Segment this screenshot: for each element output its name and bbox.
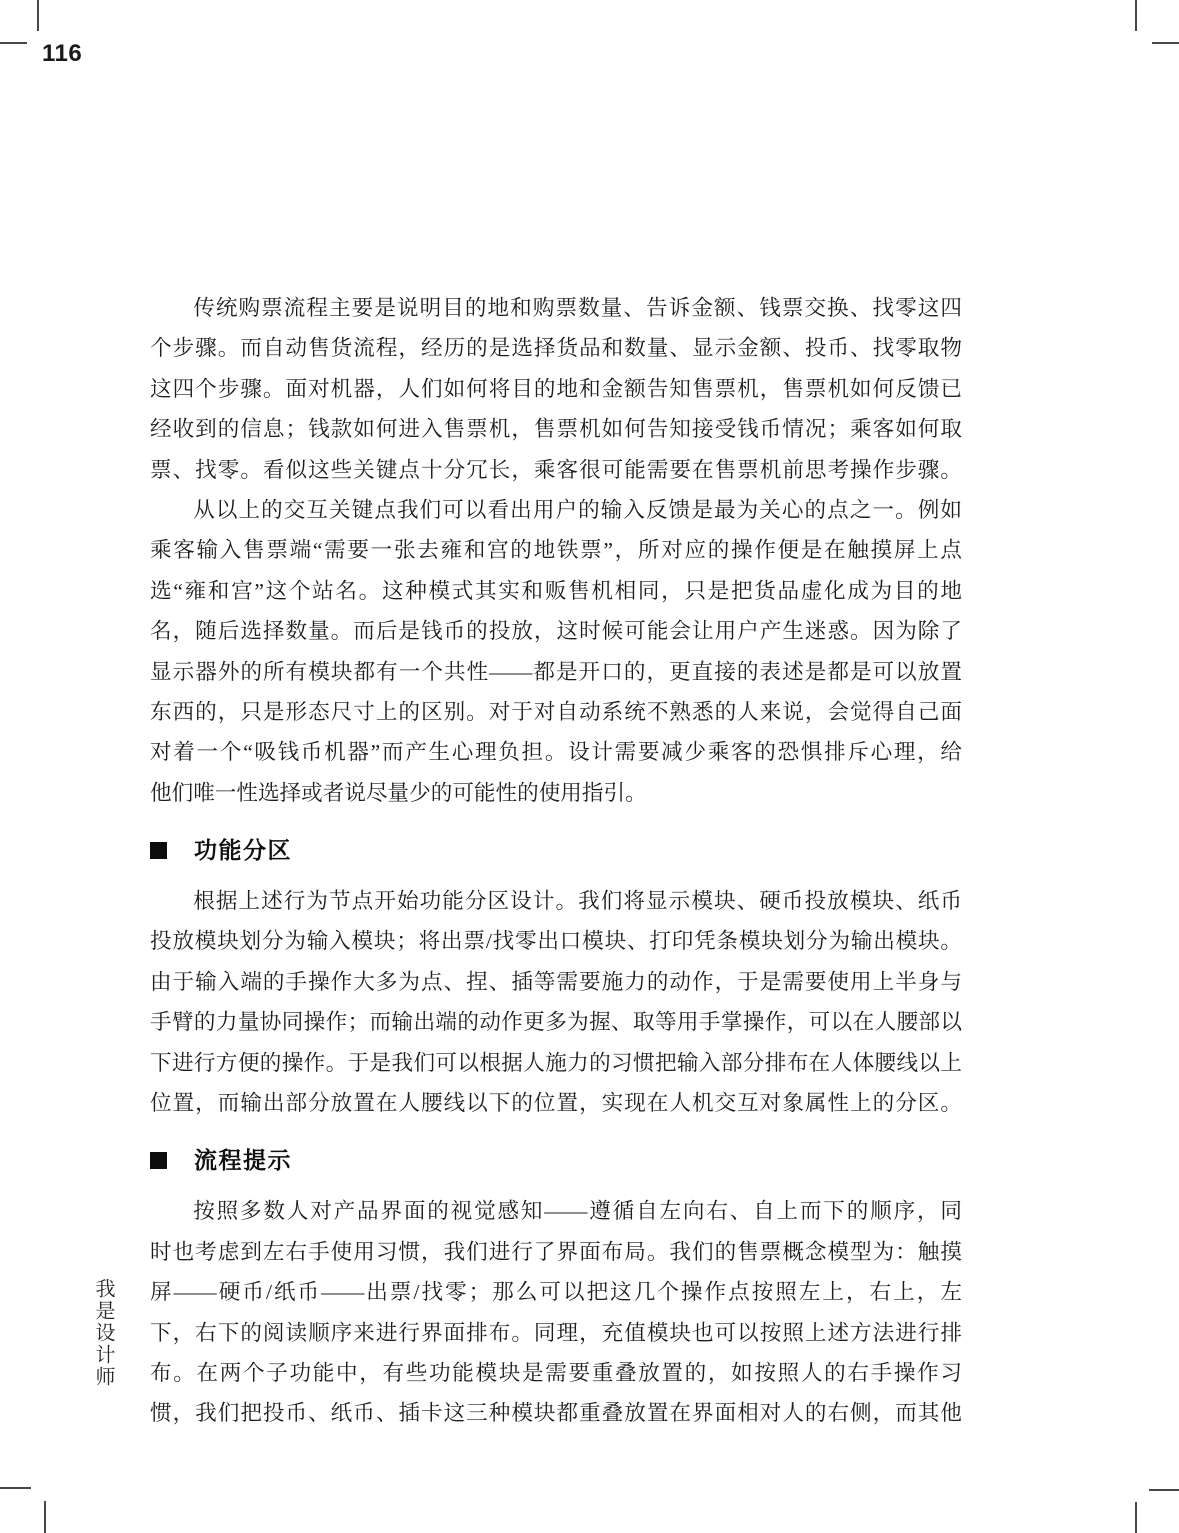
- page-number: 116: [42, 40, 82, 68]
- crop-mark-top-right-vertical: [1135, 0, 1137, 31]
- text-line: 下，右下的阅读顺序来进行界面排布。同理，充值模块也可以按照上述方法进行排: [150, 1313, 962, 1353]
- text-line: 东西的，只是形态尺寸上的区别。对于对自动系统不熟悉的人来说，会觉得自己面: [150, 692, 962, 732]
- text-line: 他们唯一性选择或者说尽量少的可能性的使用指引。: [150, 773, 962, 813]
- paragraph-process-prompt: 按照多数人对产品界面的视觉感知——遵循自左向右、自上而下的顺序，同 时也考虑到左…: [150, 1191, 962, 1433]
- section-heading-process-prompt: 流程提示: [150, 1141, 962, 1179]
- text-line: 位置，而输出部分放置在人腰线以下的位置，实现在人机交互对象属性上的分区。: [150, 1083, 962, 1123]
- paragraph-function-zoning: 根据上述行为节点开始功能分区设计。我们将显示模块、硬币投放模块、纸币 投放模块划…: [150, 881, 962, 1123]
- text-line: 根据上述行为节点开始功能分区设计。我们将显示模块、硬币投放模块、纸币: [150, 881, 962, 921]
- paragraph-traditional-ticketing: 传统购票流程主要是说明目的地和购票数量、告诉金额、钱票交换、找零这四 个步骤。而…: [150, 288, 962, 490]
- book-side-title: 我是设计师: [93, 1278, 113, 1388]
- text-line: 对着一个“吸钱币机器”而产生心理负担。设计需要减少乘客的恐惧排斥心理，给: [150, 732, 962, 772]
- text-line: 投放模块划分为输入模块；将出票/找零出口模块、打印凭条模块划分为输出模块。: [150, 921, 962, 961]
- book-page: 116 我是设计师 传统购票流程主要是说明目的地和购票数量、告诉金额、钱票交换、…: [0, 0, 1179, 1533]
- crop-mark-top-left-horizontal: [0, 42, 27, 44]
- text-line: 惯，我们把投币、纸币、插卡这三种模块都重叠放置在界面相对人的右侧，而其他: [150, 1393, 962, 1433]
- crop-mark-bottom-left-horizontal: [0, 1487, 31, 1489]
- text-line: 乘客输入售票端“需要一张去雍和宫的地铁票”，所对应的操作便是在触摸屏上点: [150, 530, 962, 570]
- text-line: 显示器外的所有模块都有一个共性——都是开口的，更直接的表述是都是可以放置: [150, 652, 962, 692]
- text-line: 经收到的信息；钱款如何进入售票机，售票机如何告知接受钱币情况；乘客如何取: [150, 409, 962, 449]
- section-heading-function-zoning: 功能分区: [150, 831, 962, 869]
- text-line: 屏——硬币/纸币——出票/找零；那么可以把这几个操作点按照左上，右上，左: [150, 1272, 962, 1312]
- text-line: 时也考虑到左右手使用习惯，我们进行了界面布局。我们的售票概念模型为：触摸: [150, 1232, 962, 1272]
- page-body: 传统购票流程主要是说明目的地和购票数量、告诉金额、钱票交换、找零这四 个步骤。而…: [150, 288, 962, 1434]
- text-line: 名，随后选择数量。而后是钱币的投放，这时候可能会让用户产生迷惑。因为除了: [150, 611, 962, 651]
- square-bullet-icon: [150, 842, 167, 859]
- crop-mark-top-left-vertical: [37, 0, 39, 31]
- text-line: 这四个步骤。面对机器，人们如何将目的地和金额告知售票机，售票机如何反馈已: [150, 369, 962, 409]
- text-line: 个步骤。而自动售货流程，经历的是选择货品和数量、显示金额、投币、找零取物: [150, 328, 962, 368]
- text-line: 下进行方便的操作。于是我们可以根据人施力的习惯把输入部分排布在人体腰线以上: [150, 1043, 962, 1083]
- crop-mark-top-right-horizontal: [1152, 42, 1179, 44]
- text-line: 按照多数人对产品界面的视觉感知——遵循自左向右、自上而下的顺序，同: [150, 1191, 962, 1231]
- paragraph-input-feedback: 从以上的交互关键点我们可以看出用户的输入反馈是最为关心的点之一。例如 乘客输入售…: [150, 490, 962, 813]
- text-line: 由于输入端的手操作大多为点、捏、插等需要施力的动作，于是需要使用上半身与: [150, 962, 962, 1002]
- crop-mark-bottom-right-horizontal: [1149, 1489, 1179, 1491]
- text-line: 从以上的交互关键点我们可以看出用户的输入反馈是最为关心的点之一。例如: [150, 490, 962, 530]
- text-line: 传统购票流程主要是说明目的地和购票数量、告诉金额、钱票交换、找零这四: [150, 288, 962, 328]
- section-heading-text: 流程提示: [194, 1141, 292, 1179]
- crop-mark-bottom-left-vertical: [44, 1501, 46, 1533]
- square-bullet-icon: [150, 1152, 167, 1169]
- text-line: 选“雍和宫”这个站名。这种模式其实和贩售机相同，只是把货品虚化成为目的地: [150, 571, 962, 611]
- section-heading-text: 功能分区: [194, 831, 292, 869]
- text-line: 手臂的力量协同操作；而输出端的动作更多为握、取等用手掌操作，可以在人腰部以: [150, 1002, 962, 1042]
- text-line: 布。在两个子功能中，有些功能模块是需要重叠放置的，如按照人的右手操作习: [150, 1353, 962, 1393]
- text-line: 票、找零。看似这些关键点十分冗长，乘客很可能需要在售票机前思考操作步骤。: [150, 450, 962, 490]
- crop-mark-bottom-right-vertical: [1135, 1502, 1137, 1533]
